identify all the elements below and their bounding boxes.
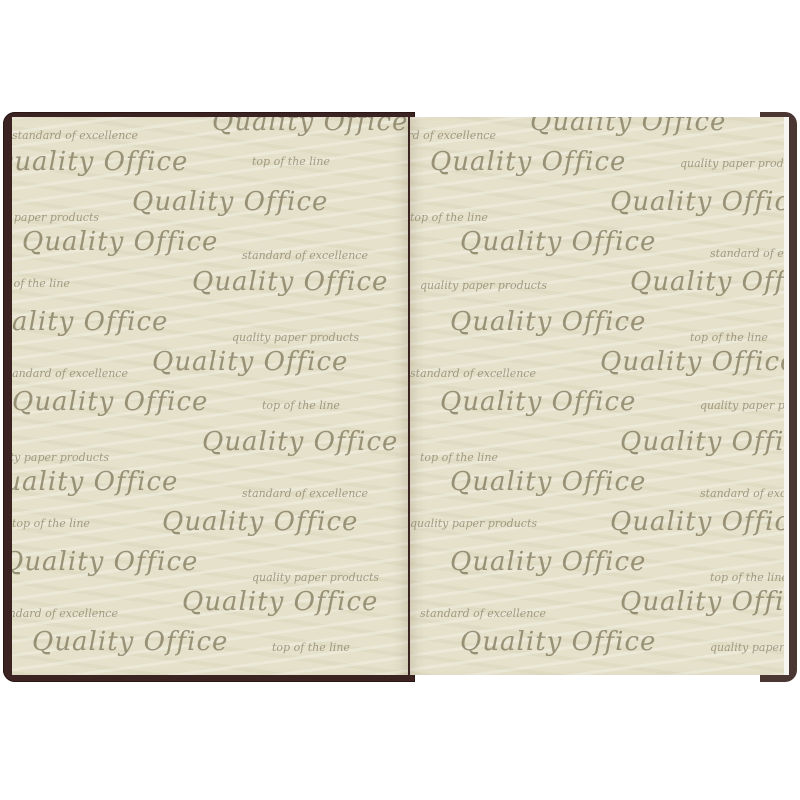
watermark-text: Quality Office [610, 507, 785, 537]
watermark-phrase: quality paper products [252, 571, 379, 584]
watermark-phrase: quality paper products [12, 451, 109, 464]
watermark-text: Quality Office [610, 187, 785, 217]
watermark-phrase: top of the line [12, 277, 70, 290]
watermark-text: Quality Office [212, 117, 408, 137]
watermark-text: Quality Office [192, 267, 388, 297]
watermark-text: Quality Office [182, 587, 378, 617]
watermark-text: Quality Office [12, 387, 208, 417]
left-page: Quality Officestandard of excellence Qua… [12, 117, 408, 675]
watermark-phrase: quality paper products [232, 331, 359, 344]
watermark-text: Quality Office [600, 347, 785, 377]
watermark-text: Quality Office [132, 187, 328, 217]
watermark-phrase: top of the line [12, 517, 90, 530]
watermark-phrase: top of the line [252, 155, 330, 168]
watermark-text: Quality Office [22, 227, 218, 257]
watermark-text: Quality Office [460, 627, 656, 657]
watermark-text: Quality Office [530, 117, 726, 137]
watermark-phrase: top of the line [262, 399, 340, 412]
watermark-phrase: top of the line [272, 641, 350, 654]
watermark-phrase: standard of excellence [12, 367, 128, 380]
watermark-text: Quality Office [450, 467, 646, 497]
watermark-pattern: Quality Officestandard of excellence Qua… [12, 117, 408, 667]
watermark-phrase: quality paper products [420, 279, 547, 292]
watermark-text: Quality Office [440, 387, 636, 417]
watermark-phrase: standard of excellence [410, 129, 496, 142]
watermark-phrase: top of the line [410, 211, 488, 224]
watermark-text: Quality Office [32, 627, 228, 657]
watermark-phrase: standard of excellence [242, 249, 368, 262]
watermark-phrase: top of the line [420, 451, 498, 464]
watermark-text: Quality Office [620, 587, 785, 617]
watermark-phrase: standard of excellence [242, 487, 368, 500]
watermark-text: Quality Office [450, 547, 646, 577]
watermark-text: Quality Office [450, 307, 646, 337]
watermark-phrase: quality paper products [410, 517, 537, 530]
watermark-text: Quality Office [12, 147, 188, 177]
watermark-text: Quality Office [620, 427, 785, 457]
page-edge [784, 117, 789, 675]
watermark-phrase: top of the line [690, 331, 768, 344]
watermark-phrase: standard of excellence [12, 607, 118, 620]
watermark-phrase: standard of excellence [420, 607, 546, 620]
watermark-phrase: standard of excellence [410, 367, 536, 380]
watermark-text: Quality Office [12, 467, 178, 497]
watermark-text: Quality Office [202, 427, 398, 457]
watermark-text: Quality Office [152, 347, 348, 377]
watermark-phrase: standard of excellence [710, 247, 785, 260]
watermark-text: Quality Office [162, 507, 358, 537]
right-page: Quality Officestandard of excellence Qua… [410, 117, 785, 675]
watermark-text: Quality Office [630, 267, 785, 297]
watermark-text: Quality Office [430, 147, 626, 177]
watermark-phrase: quality paper products [12, 211, 99, 224]
watermark-phrase: quality paper products [700, 399, 785, 412]
watermark-text: Quality Office [12, 307, 168, 337]
watermark-text: Quality Office [460, 227, 656, 257]
watermark-phrase: standard of excellence [12, 129, 138, 142]
watermark-phrase: top of the line [710, 571, 785, 584]
watermark-phrase: quality paper products [710, 641, 785, 654]
watermark-phrase: quality paper products [680, 157, 785, 170]
watermark-phrase: standard of excellence [700, 487, 785, 500]
watermark-pattern: Quality Officestandard of excellence Qua… [410, 117, 785, 667]
watermark-text: Quality Office [12, 547, 198, 577]
